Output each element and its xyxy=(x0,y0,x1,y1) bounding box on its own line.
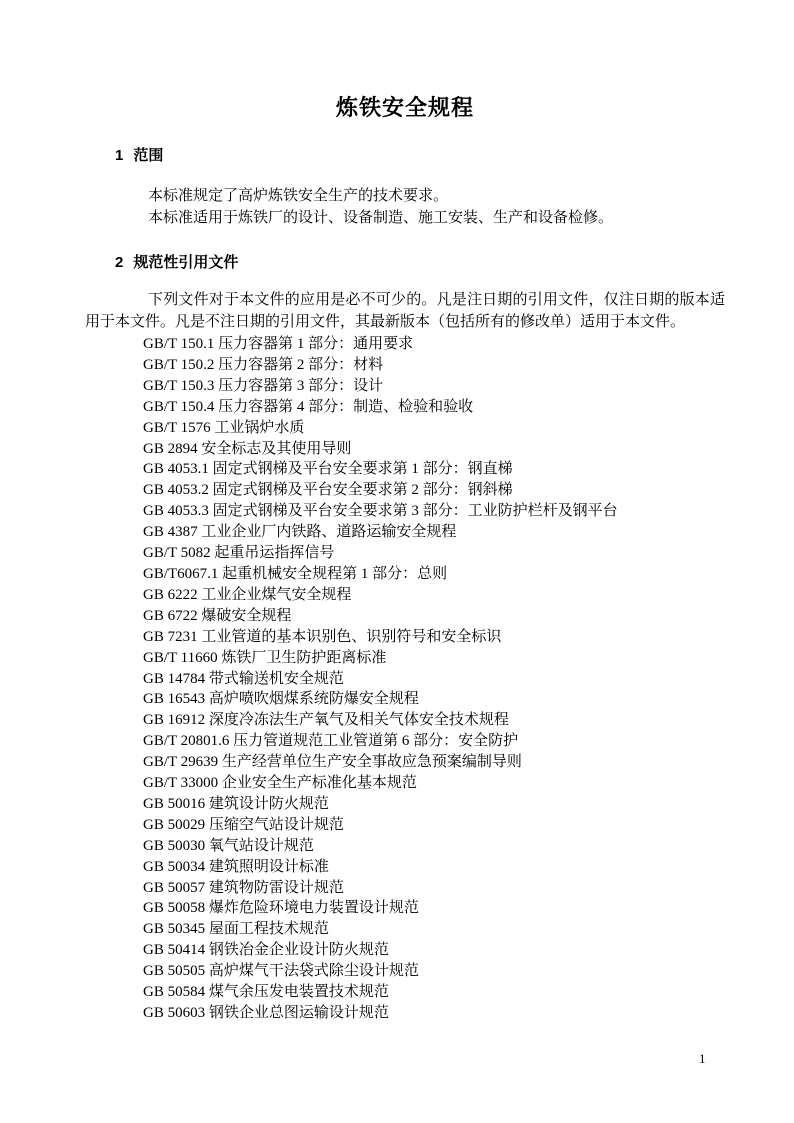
reference-item: GB/T 33000 企业安全生产标准化基本规范 xyxy=(143,773,725,794)
reference-item: GB 16543 高炉喷吹烟煤系统防爆安全规程 xyxy=(143,689,725,710)
scope-paragraph-2: 本标准适用于炼铁厂的设计、设备制造、施工安装、生产和设备检修。 xyxy=(85,207,725,229)
reference-item: GB 50016 建筑设计防火规范 xyxy=(143,794,725,815)
section-1-heading: 1范围 xyxy=(115,145,725,166)
reference-item: GB/T6067.1 起重机械安全规程第 1 部分：总则 xyxy=(143,564,725,585)
reference-item: GB 50058 爆炸危险环境电力装置设计规范 xyxy=(143,898,725,919)
reference-item: GB 50029 压缩空气站设计规范 xyxy=(143,815,725,836)
reference-item: GB/T 150.3 压力容器第 3 部分：设计 xyxy=(143,376,725,397)
reference-item: GB 50034 建筑照明设计标准 xyxy=(143,857,725,878)
reference-item: GB 4053.1 固定式钢梯及平台安全要求第 1 部分：钢直梯 xyxy=(143,459,725,480)
reference-item: GB 50505 高炉煤气干法袋式除尘设计规范 xyxy=(143,961,725,982)
reference-item: GB 2894 安全标志及其使用导则 xyxy=(143,439,725,460)
reference-item: GB 50057 建筑物防雷设计规范 xyxy=(143,878,725,899)
reference-item: GB 4053.2 固定式钢梯及平台安全要求第 2 部分：钢斜梯 xyxy=(143,480,725,501)
section-2-heading: 2规范性引用文件 xyxy=(115,252,725,273)
section-1-title: 范围 xyxy=(133,147,163,164)
section-1-number: 1 xyxy=(115,145,123,166)
section-2-number: 2 xyxy=(115,252,123,273)
page-number: 1 xyxy=(699,1050,706,1068)
reference-item: GB/T 20801.6 压力管道规范工业管道第 6 部分：安全防护 xyxy=(143,731,725,752)
document-body: 炼铁安全规程 1范围 本标准规定了高炉炼铁安全生产的技术要求。 本标准适用于炼铁… xyxy=(0,0,794,1024)
reference-item: GB/T 150.4 压力容器第 4 部分：制造、检验和验收 xyxy=(143,397,725,418)
reference-item: GB 16912 深度冷冻法生产氧气及相关气体安全技术规程 xyxy=(143,710,725,731)
reference-item: GB 50345 屋面工程技术规范 xyxy=(143,919,725,940)
references-list: GB/T 150.1 压力容器第 1 部分：通用要求GB/T 150.2 压力容… xyxy=(143,334,725,1024)
reference-item: GB/T 29639 生产经营单位生产安全事故应急预案编制导则 xyxy=(143,752,725,773)
reference-item: GB/T 150.2 压力容器第 2 部分：材料 xyxy=(143,355,725,376)
document-page: 炼铁安全规程 1范围 本标准规定了高炉炼铁安全生产的技术要求。 本标准适用于炼铁… xyxy=(0,0,794,1123)
reference-item: GB/T 150.1 压力容器第 1 部分：通用要求 xyxy=(143,334,725,355)
reference-item: GB 50414 钢铁冶金企业设计防火规范 xyxy=(143,940,725,961)
references-intro-paragraph: 下列文件对于本文件的应用是必不可少的。凡是注日期的引用文件，仅注日期的版本适用于… xyxy=(85,289,725,333)
reference-item: GB 14784 带式输送机安全规范 xyxy=(143,669,725,690)
reference-item: GB/T 11660 炼铁厂卫生防护距离标准 xyxy=(143,648,725,669)
reference-item: GB/T 1576 工业锅炉水质 xyxy=(143,418,725,439)
reference-item: GB/T 5082 起重吊运指挥信号 xyxy=(143,543,725,564)
reference-item: GB 4387 工业企业厂内铁路、道路运输安全规程 xyxy=(143,522,725,543)
scope-paragraph-1: 本标准规定了高炉炼铁安全生产的技术要求。 xyxy=(85,185,725,207)
section-2-title: 规范性引用文件 xyxy=(133,254,238,271)
reference-item: GB 6222 工业企业煤气安全规程 xyxy=(143,585,725,606)
reference-item: GB 50030 氧气站设计规范 xyxy=(143,836,725,857)
document-title: 炼铁安全规程 xyxy=(85,93,725,122)
reference-item: GB 7231 工业管道的基本识别色、识别符号和安全标识 xyxy=(143,627,725,648)
reference-item: GB 50603 钢铁企业总图运输设计规范 xyxy=(143,1003,725,1024)
reference-item: GB 50584 煤气余压发电装置技术规范 xyxy=(143,982,725,1003)
reference-item: GB 4053.3 固定式钢梯及平台安全要求第 3 部分：工业防护栏杆及钢平台 xyxy=(143,501,725,522)
reference-item: GB 6722 爆破安全规程 xyxy=(143,606,725,627)
